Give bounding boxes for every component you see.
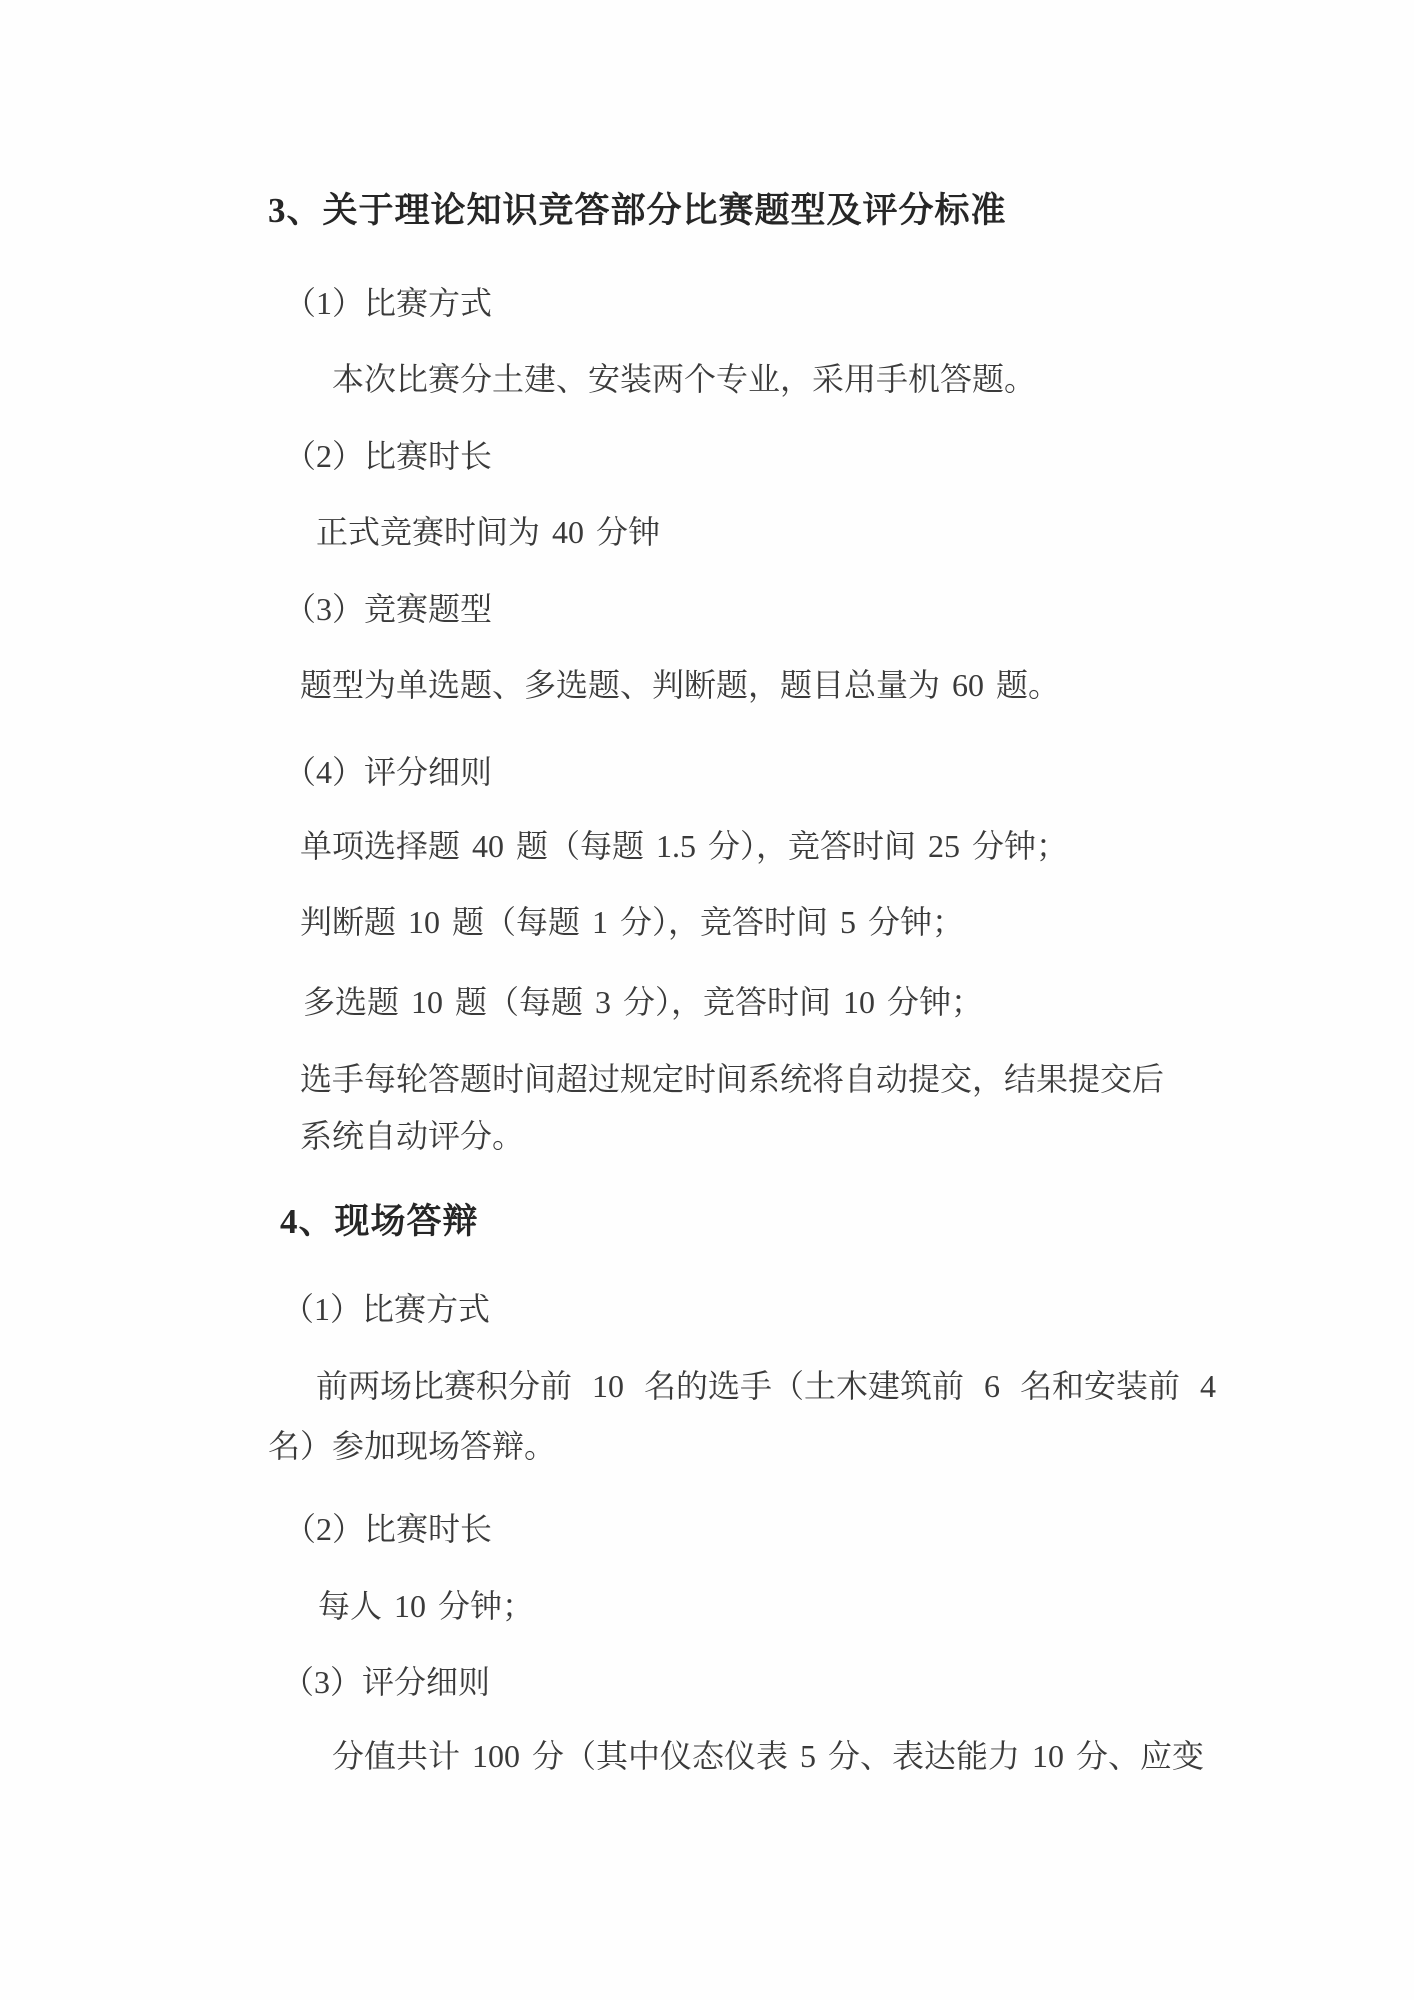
section-4-item-3-label: （3）评分细则 [282, 1661, 490, 1703]
section-3-heading: 3、关于理论知识竞答部分比赛题型及评分标准 [268, 190, 1007, 232]
section-3-item-1-label: （1）比赛方式 [284, 282, 492, 324]
defense-duration-paragraph: 每人 10 分钟； [318, 1585, 534, 1627]
multi-choice-scoring-paragraph: 多选题 10 题（每题 3 分），竞答时间 10 分钟； [303, 981, 983, 1023]
section-4-item-2-label: （2）比赛时长 [284, 1508, 492, 1550]
document-page: 3、关于理论知识竞答部分比赛题型及评分标准 （1）比赛方式 本次比赛分土建、安装… [0, 0, 1414, 2000]
section-4-heading: 4、现场答辩 [280, 1201, 479, 1243]
question-types-paragraph: 题型为单选题、多选题、判断题，题目总量为 60 题。 [300, 664, 1060, 706]
match-duration-paragraph: 正式竞赛时间为 40 分钟 [316, 511, 660, 553]
auto-submit-paragraph-line-2: 系统自动评分。 [300, 1115, 524, 1157]
section-3-item-3-label: （3）竞赛题型 [284, 588, 492, 630]
auto-submit-paragraph-line-1: 选手每轮答题时间超过规定时间系统将自动提交，结果提交后 [300, 1058, 1164, 1100]
single-choice-scoring-paragraph: 单项选择题 40 题（每题 1.5 分），竞答时间 25 分钟； [300, 825, 1068, 867]
defense-scoring-paragraph-line-1: 分值共计 100 分（其中仪态仪表 5 分、表达能力 10 分、应变 [332, 1735, 1204, 1777]
defense-format-paragraph-line-1: 前两场比赛积分前 10 名的选手（土木建筑前 6 名和安装前 4 [316, 1365, 1216, 1407]
true-false-scoring-paragraph: 判断题 10 题（每题 1 分），竞答时间 5 分钟； [300, 901, 964, 943]
match-format-paragraph: 本次比赛分土建、安装两个专业，采用手机答题。 [332, 358, 1036, 400]
section-3-item-4-label: （4）评分细则 [284, 751, 492, 793]
defense-format-paragraph-line-2: 名）参加现场答辩。 [268, 1425, 556, 1467]
section-3-item-2-label: （2）比赛时长 [284, 435, 492, 477]
section-4-item-1-label: （1）比赛方式 [282, 1288, 490, 1330]
